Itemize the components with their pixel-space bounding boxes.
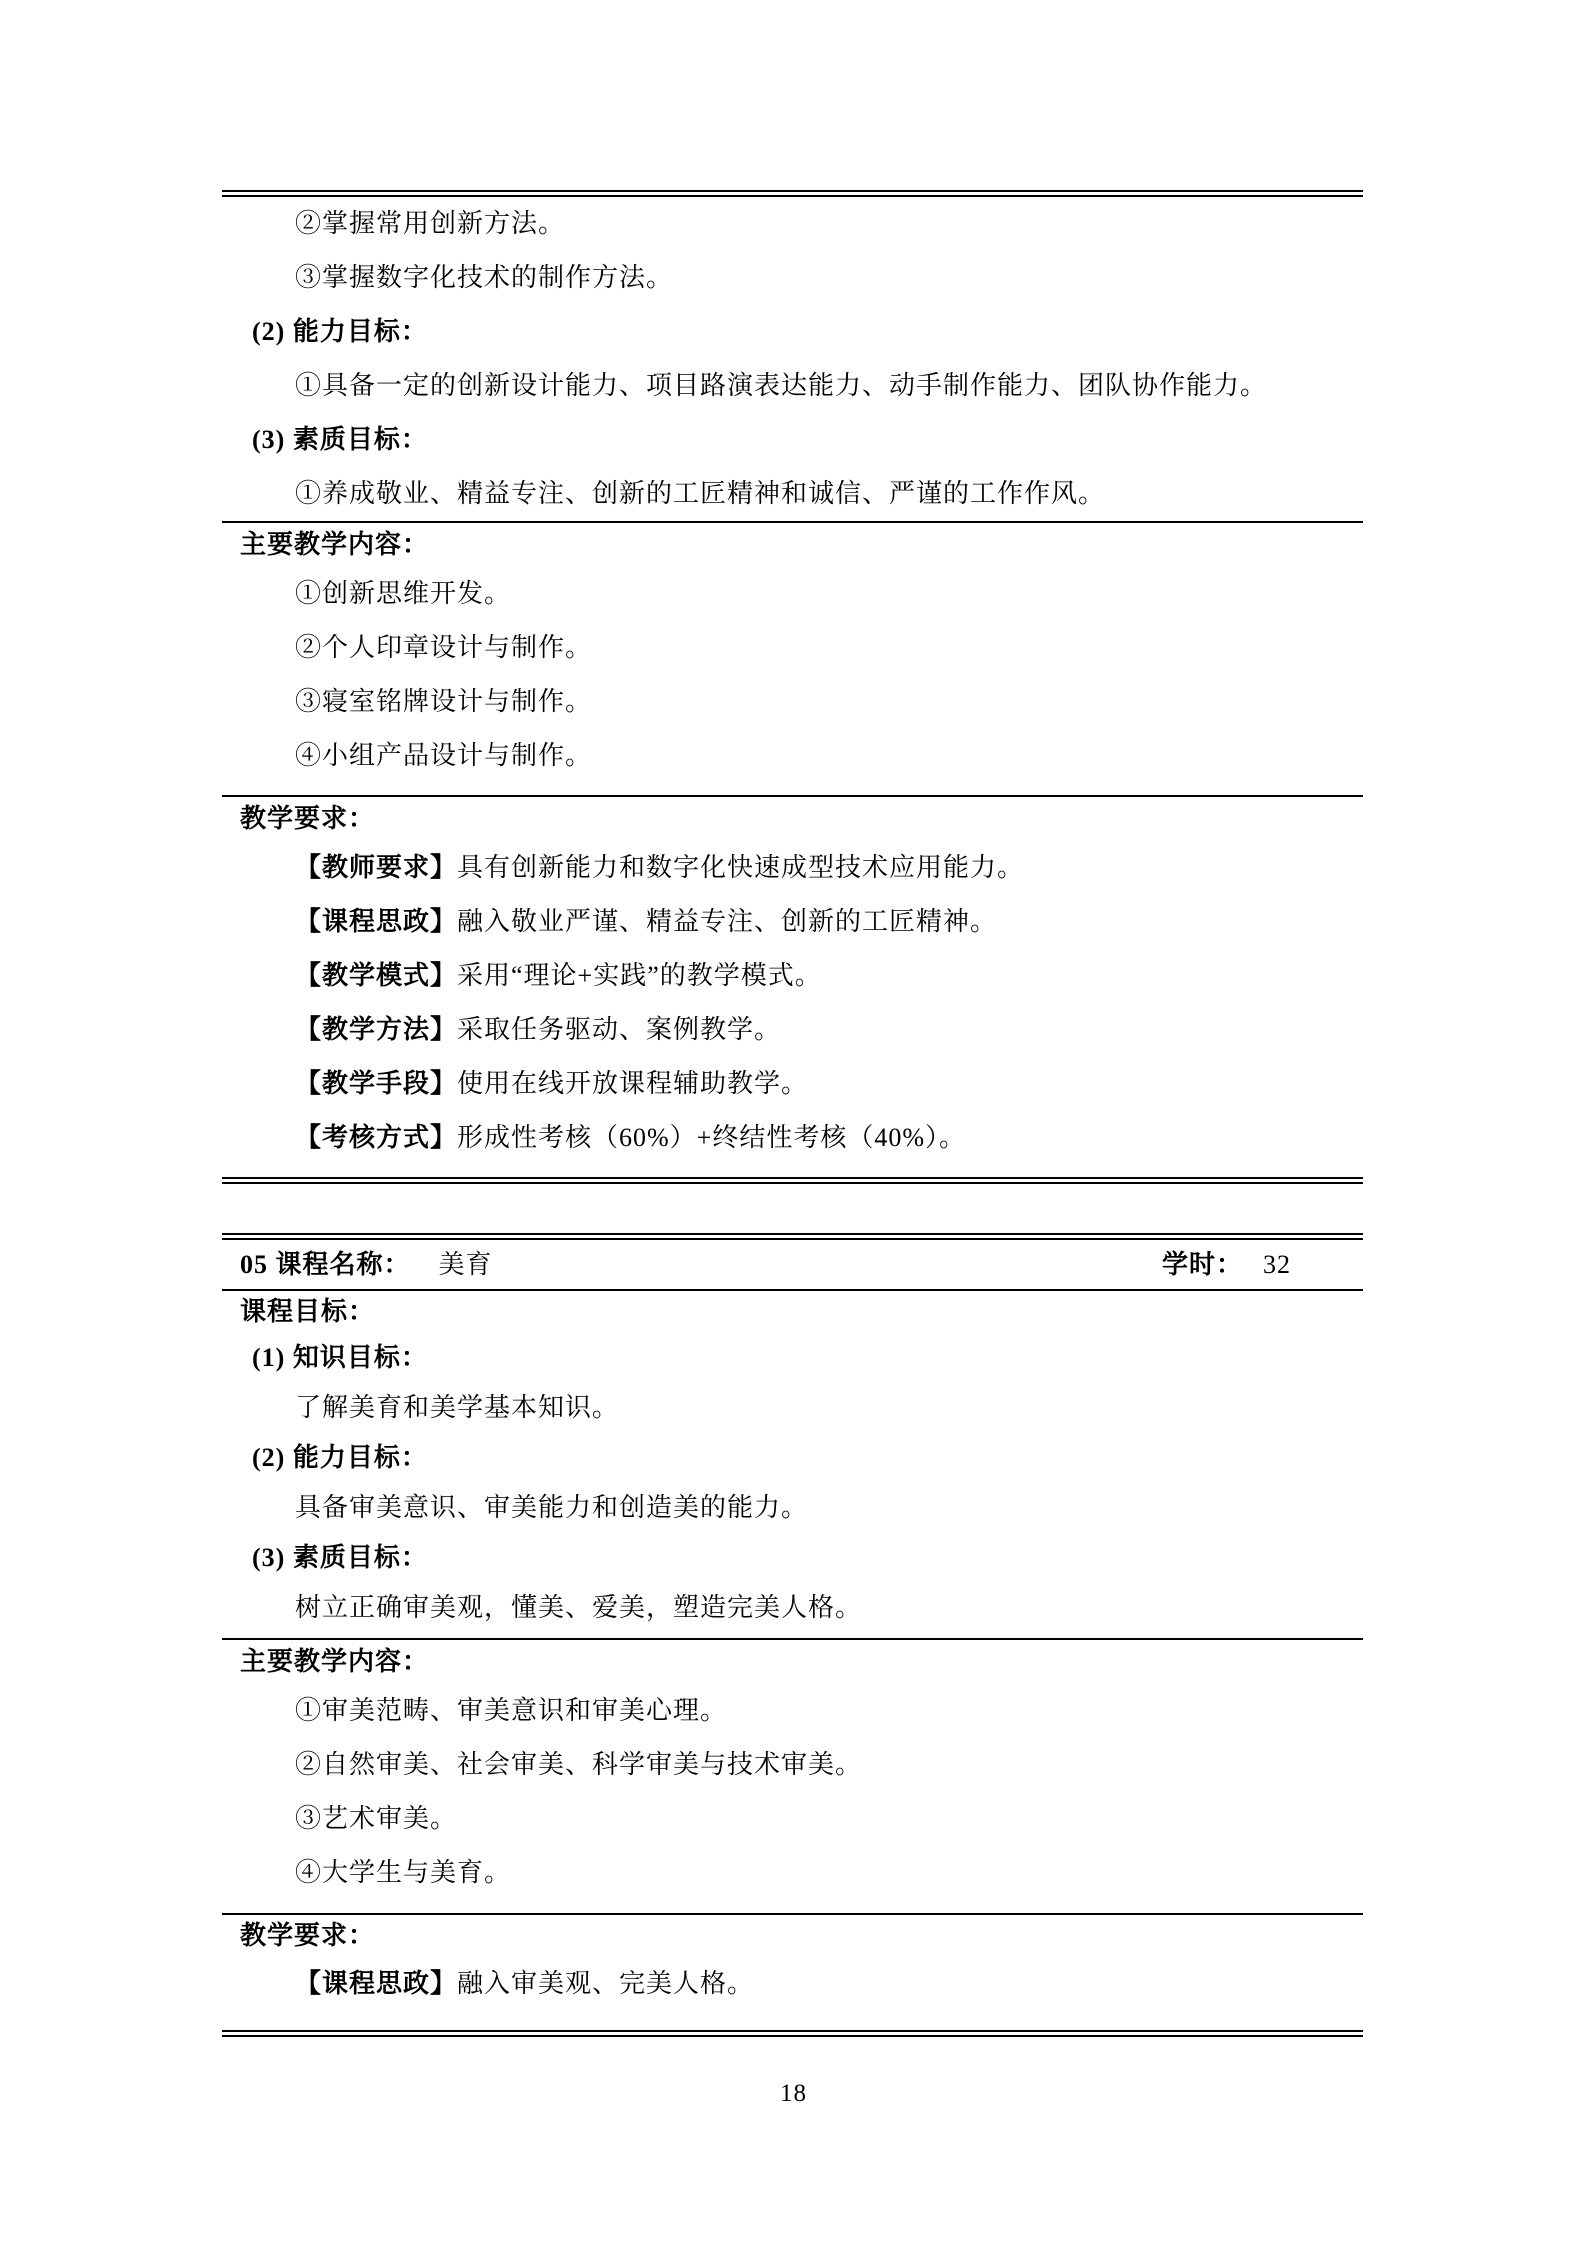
content-item: ③寝室铭牌设计与制作。 (222, 675, 1363, 729)
course-hours-block: 学时： 32 (1162, 1252, 1291, 1278)
goal-text: 了解美育和美学基本知识。 (295, 1395, 619, 1421)
subheading-text: (2) 能力目标： (252, 1445, 428, 1471)
course-05-table: 05 课程名称： 美育 学时： 32 课程目标： (1) 知识目标： 了解美育和… (222, 1233, 1363, 2037)
requirement-text: 形成性考核（60%）+终结性考核（40%）。 (457, 1125, 966, 1151)
content-item: ②个人印章设计与制作。 (222, 621, 1363, 675)
content-text: ②自然审美、社会审美、科学审美与技术审美。 (295, 1752, 862, 1778)
course-hours-label: 学时： (1162, 1252, 1243, 1278)
page-number: 18 (0, 2080, 1587, 2108)
document-page: { "page": { "number": "18" }, "course04"… (0, 0, 1587, 2245)
heading-text: 主要教学内容： (240, 1649, 429, 1675)
page-content: ②掌握常用创新方法。 ③掌握数字化技术的制作方法。 (2) 能力目标： ①具备一… (222, 190, 1363, 2037)
course-04-requirements-section: 教学要求： 【教师要求】具有创新能力和数字化快速成型技术应用能力。 【课程思政】… (222, 797, 1363, 1177)
requirement-tag: 【教学模式】 (295, 963, 457, 989)
heading-text: 课程目标： (240, 1299, 375, 1325)
goal-line: 具备审美意识、审美能力和创造美的能力。 (222, 1483, 1363, 1533)
ability-goal-subheading: (2) 能力目标： (222, 305, 1363, 359)
requirement-text: 融入敬业严谨、精益专注、创新的工匠精神。 (457, 909, 997, 935)
requirement-line: 【教学方法】采取任务驱动、案例教学。 (222, 1003, 1363, 1057)
heading-text: 主要教学内容： (240, 532, 429, 558)
goal-text: ③掌握数字化技术的制作方法。 (295, 265, 673, 291)
goal-line: 树立正确审美观，懂美、爱美，塑造完美人格。 (222, 1583, 1363, 1633)
heading-text: 教学要求： (240, 1923, 375, 1949)
requirement-line: 【课程思政】融入敬业严谨、精益专注、创新的工匠精神。 (222, 895, 1363, 949)
requirement-tag: 【教学手段】 (295, 1071, 457, 1097)
goal-text: 具备审美意识、审美能力和创造美的能力。 (295, 1495, 808, 1521)
subheading-text: (2) 能力目标： (252, 319, 428, 345)
subheading-text: (3) 素质目标： (252, 1545, 428, 1571)
table-top-double-border (222, 1233, 1363, 1240)
requirement-tag: 【考核方式】 (295, 1125, 457, 1151)
content-text: ③寝室铭牌设计与制作。 (295, 689, 592, 715)
course-number-label: 05 课程名称： (240, 1252, 411, 1278)
table-bottom-double-border (222, 2030, 1363, 2037)
course-05-header-row: 05 课程名称： 美育 学时： 32 (222, 1240, 1363, 1289)
course-04-table: ②掌握常用创新方法。 ③掌握数字化技术的制作方法。 (2) 能力目标： ①具备一… (222, 190, 1363, 1184)
goal-text: ①具备一定的创新设计能力、项目路演表达能力、动手制作能力、团队协作能力。 (295, 373, 1267, 399)
teaching-requirements-heading: 教学要求： (222, 797, 1363, 841)
course-05-goals-section: 课程目标： (1) 知识目标： 了解美育和美学基本知识。 (2) 能力目标： 具… (222, 1291, 1363, 1638)
knowledge-goal-subheading: (1) 知识目标： (222, 1333, 1363, 1383)
requirement-tag: 【课程思政】 (295, 1971, 457, 1997)
course-name: 美育 (439, 1252, 493, 1278)
goal-line: 了解美育和美学基本知识。 (222, 1383, 1363, 1433)
content-text: ①审美范畴、审美意识和审美心理。 (295, 1698, 727, 1724)
course-goals-heading: 课程目标： (222, 1291, 1363, 1333)
goal-text: 树立正确审美观，懂美、爱美，塑造完美人格。 (295, 1595, 862, 1621)
goal-line: ①养成敬业、精益专注、创新的工匠精神和诚信、严谨的工作作风。 (222, 467, 1363, 521)
requirement-text: 具有创新能力和数字化快速成型技术应用能力。 (457, 855, 1024, 881)
requirement-text: 融入审美观、完美人格。 (457, 1971, 754, 1997)
requirement-tag: 【教学方法】 (295, 1017, 457, 1043)
quality-goal-subheading: (3) 素质目标： (222, 413, 1363, 467)
teaching-requirements-heading: 教学要求： (222, 1915, 1363, 1957)
goal-line: ③掌握数字化技术的制作方法。 (222, 251, 1363, 305)
requirement-line: 【课程思政】融入审美观、完美人格。 (222, 1957, 1363, 2011)
requirement-text: 使用在线开放课程辅助教学。 (457, 1071, 808, 1097)
content-text: ①创新思维开发。 (295, 581, 511, 607)
requirement-tag: 【课程思政】 (295, 909, 457, 935)
course-05-content-section: 主要教学内容： ①审美范畴、审美意识和审美心理。 ②自然审美、社会审美、科学审美… (222, 1640, 1363, 1913)
subheading-text: (3) 素质目标： (252, 427, 428, 453)
requirement-line: 【教师要求】具有创新能力和数字化快速成型技术应用能力。 (222, 841, 1363, 895)
content-item: ④大学生与美育。 (222, 1846, 1363, 1900)
goal-line: ①具备一定的创新设计能力、项目路演表达能力、动手制作能力、团队协作能力。 (222, 359, 1363, 413)
table-bottom-double-border (222, 1177, 1363, 1184)
content-item: ④小组产品设计与制作。 (222, 729, 1363, 783)
content-text: ④小组产品设计与制作。 (295, 743, 592, 769)
content-text: ②个人印章设计与制作。 (295, 635, 592, 661)
quality-goal-subheading: (3) 素质目标： (222, 1533, 1363, 1583)
requirement-line: 【教学手段】使用在线开放课程辅助教学。 (222, 1057, 1363, 1111)
content-item: ①创新思维开发。 (222, 567, 1363, 621)
goal-line: ②掌握常用创新方法。 (222, 197, 1363, 251)
requirement-tag: 【教师要求】 (295, 855, 457, 881)
content-text: ④大学生与美育。 (295, 1860, 511, 1886)
heading-text: 教学要求： (240, 806, 375, 832)
course-04-goals-section: ②掌握常用创新方法。 ③掌握数字化技术的制作方法。 (2) 能力目标： ①具备一… (222, 197, 1363, 521)
goal-text: ①养成敬业、精益专注、创新的工匠精神和诚信、严谨的工作作风。 (295, 481, 1105, 507)
course-04-content-section: 主要教学内容： ①创新思维开发。 ②个人印章设计与制作。 ③寝室铭牌设计与制作。… (222, 523, 1363, 795)
content-item: ①审美范畴、审美意识和审美心理。 (222, 1684, 1363, 1738)
teaching-content-heading: 主要教学内容： (222, 1640, 1363, 1684)
teaching-content-heading: 主要教学内容： (222, 523, 1363, 567)
requirement-text: 采取任务驱动、案例教学。 (457, 1017, 781, 1043)
subheading-text: (1) 知识目标： (252, 1345, 428, 1371)
goal-text: ②掌握常用创新方法。 (295, 211, 565, 237)
requirement-line: 【教学模式】采用“理论+实践”的教学模式。 (222, 949, 1363, 1003)
tables-gap (222, 1184, 1363, 1233)
content-text: ③艺术审美。 (295, 1806, 457, 1832)
table-top-double-border (222, 190, 1363, 197)
course-hours-value: 32 (1263, 1252, 1291, 1278)
requirement-text: 采用“理论+实践”的教学模式。 (457, 963, 822, 989)
requirement-line: 【考核方式】形成性考核（60%）+终结性考核（40%）。 (222, 1111, 1363, 1165)
course-05-requirements-section: 教学要求： 【课程思政】融入审美观、完美人格。 (222, 1915, 1363, 2030)
content-item: ③艺术审美。 (222, 1792, 1363, 1846)
ability-goal-subheading: (2) 能力目标： (222, 1433, 1363, 1483)
content-item: ②自然审美、社会审美、科学审美与技术审美。 (222, 1738, 1363, 1792)
